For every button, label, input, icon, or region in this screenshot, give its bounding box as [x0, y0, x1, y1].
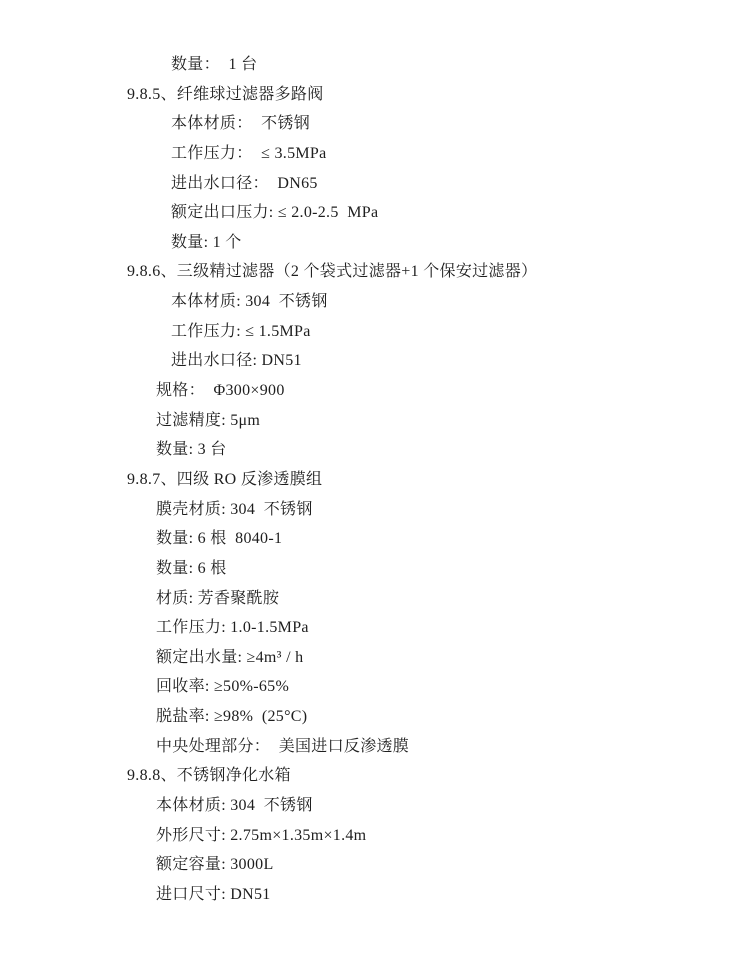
prop-quantity: 数量: 3 台 [0, 435, 750, 465]
prop-membrane-shell-material: 膜壳材质: 304 不锈钢 [0, 495, 750, 525]
section-heading-9-8-6: 9.8.6、三级精过滤器（2 个袋式过滤器+1 个保安过滤器） [0, 257, 750, 287]
prop-quantity: 数量： 1 台 [0, 50, 750, 80]
prop-recovery-rate: 回收率: ≥50%-65% [0, 672, 750, 702]
prop-rated-capacity: 额定容量: 3000L [0, 850, 750, 880]
prop-body-material: 本体材质: 304 不锈钢 [0, 287, 750, 317]
prop-inlet-outlet-diameter: 进出水口径: DN51 [0, 346, 750, 376]
prop-body-material: 本体材质: 304 不锈钢 [0, 791, 750, 821]
prop-outer-dimensions: 外形尺寸: 2.75m×1.35m×1.4m [0, 821, 750, 851]
prop-specification: 规格： Φ300×900 [0, 376, 750, 406]
prop-material: 材质: 芳香聚酰胺 [0, 584, 750, 614]
prop-quantity: 数量: 6 根 8040-1 [0, 524, 750, 554]
section-heading-9-8-7: 9.8.7、四级 RO 反渗透膜组 [0, 465, 750, 495]
prop-quantity: 数量: 1 个 [0, 228, 750, 258]
prop-inlet-outlet-diameter: 进出水口径： DN65 [0, 169, 750, 199]
section-heading-9-8-8: 9.8.8、不锈钢净化水箱 [0, 761, 750, 791]
prop-inlet-size: 进口尺寸: DN51 [0, 880, 750, 910]
prop-working-pressure: 工作压力: 1.0-1.5MPa [0, 613, 750, 643]
section-heading-9-8-5: 9.8.5、纤维球过滤器多路阀 [0, 80, 750, 110]
prop-desalination-rate: 脱盐率: ≥98% (25°C) [0, 702, 750, 732]
prop-filtration-precision: 过滤精度: 5μm [0, 406, 750, 436]
prop-central-processing: 中央处理部分： 美国进口反渗透膜 [0, 732, 750, 762]
prop-quantity: 数量: 6 根 [0, 554, 750, 584]
prop-body-material: 本体材质： 不锈钢 [0, 109, 750, 139]
prop-rated-water-output: 额定出水量: ≥4m³ / h [0, 643, 750, 673]
prop-rated-outlet-pressure: 额定出口压力: ≤ 2.0-2.5 MPa [0, 198, 750, 228]
document-page: 数量： 1 台 9.8.5、纤维球过滤器多路阀 本体材质： 不锈钢 工作压力： … [0, 0, 750, 958]
prop-working-pressure: 工作压力: ≤ 1.5MPa [0, 317, 750, 347]
prop-working-pressure: 工作压力： ≤ 3.5MPa [0, 139, 750, 169]
